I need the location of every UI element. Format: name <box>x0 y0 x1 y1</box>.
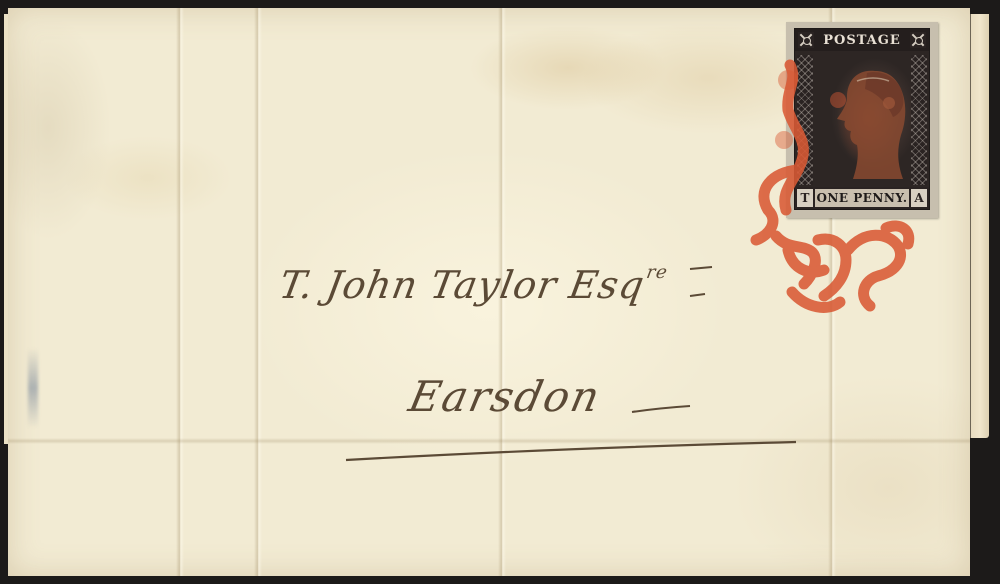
blue-ink-mark <box>28 348 38 428</box>
fold-crease <box>176 8 184 576</box>
penny-black-stamp: POSTAGE T ONE PENNY. A <box>786 22 938 218</box>
horizontal-crease <box>8 438 970 444</box>
stamp-lattice-left <box>797 55 813 185</box>
check-letter-right: A <box>911 189 927 207</box>
check-letter-left: T <box>797 189 813 207</box>
stamp-bottom-band: T ONE PENNY. A <box>795 187 929 209</box>
maltese-star-icon <box>910 32 926 48</box>
stamp-top-band: POSTAGE <box>795 29 929 51</box>
underflap-right-edge <box>970 14 989 438</box>
address-line-1: T. John Taylor Esqre <box>276 262 670 307</box>
maltese-star-icon <box>798 32 814 48</box>
stamp-value-label: ONE PENNY. <box>815 189 909 207</box>
fold-crease <box>254 8 262 576</box>
addressee-name: T. John Taylor Esq <box>276 263 648 307</box>
queen-victoria-profile-icon <box>817 63 909 181</box>
addressee-suffix: re <box>645 262 670 283</box>
stamp-design: POSTAGE T ONE PENNY. A <box>794 28 930 210</box>
address-line-2: Earsdon <box>405 372 606 421</box>
stamp-lattice-right <box>911 55 927 185</box>
stamp-postage-label: POSTAGE <box>823 33 901 48</box>
